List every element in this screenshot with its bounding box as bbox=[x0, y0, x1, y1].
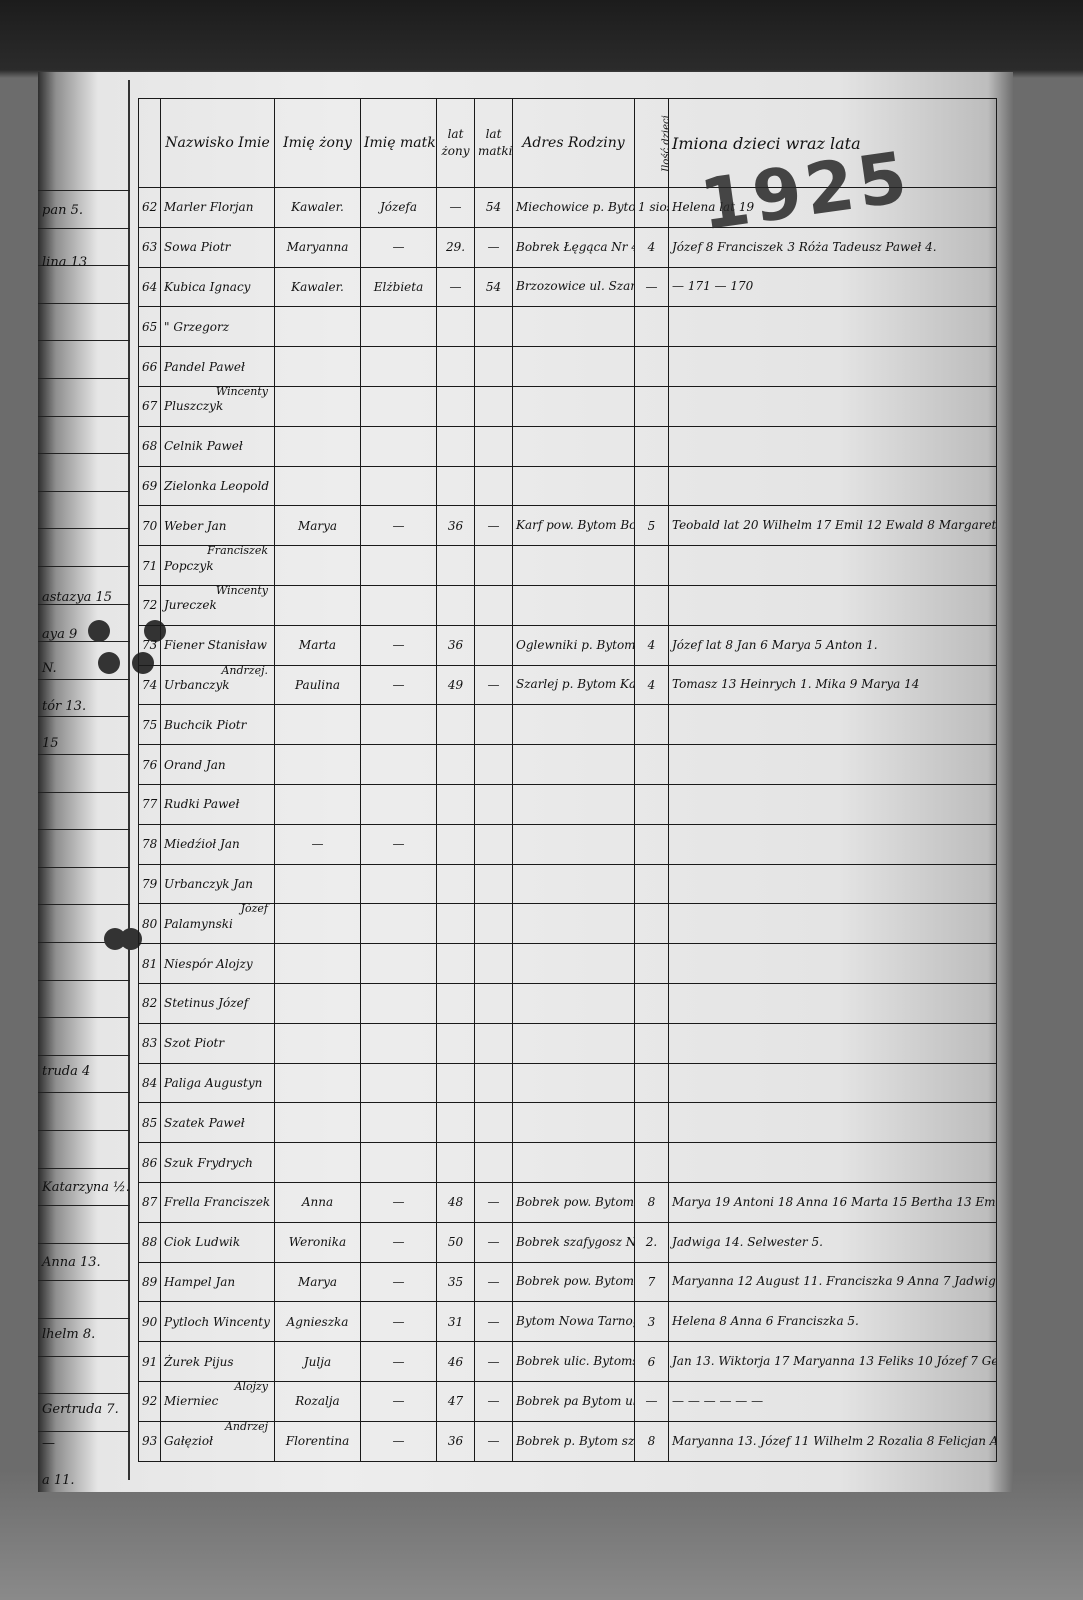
mother-name bbox=[361, 864, 437, 904]
given-name: Alojzy bbox=[216, 957, 253, 971]
mother-age bbox=[475, 546, 513, 586]
ruled-line bbox=[38, 1243, 130, 1244]
children-names bbox=[669, 1063, 997, 1103]
ruled-line bbox=[38, 303, 130, 304]
row-number: 67 bbox=[139, 386, 161, 426]
surname: Gałęzioł bbox=[164, 1434, 213, 1448]
person-name: Celnik Paweł bbox=[161, 426, 275, 466]
mother-age: — bbox=[475, 1381, 513, 1421]
table-row: 74Andrzej.Urbanczyk Paulina—49—Szarlej p… bbox=[139, 665, 997, 705]
surname: Frella bbox=[164, 1195, 200, 1209]
wife-name: Rozalja bbox=[275, 1381, 361, 1421]
children-names bbox=[669, 864, 997, 904]
given-name: Piotr bbox=[217, 718, 247, 732]
person-name: Kubica Ignacy bbox=[161, 267, 275, 307]
table-row: 66Pandel Paweł bbox=[139, 347, 997, 387]
mother-age bbox=[475, 1023, 513, 1063]
wife-name: Anna bbox=[275, 1182, 361, 1222]
ruled-line bbox=[38, 1017, 130, 1018]
row-number: 76 bbox=[139, 745, 161, 785]
wife-age bbox=[437, 426, 475, 466]
wife-age bbox=[437, 784, 475, 824]
mother-age bbox=[475, 585, 513, 625]
table-row: 92AlojzyMierniec Rozalja—47—Bobrek pa By… bbox=[139, 1381, 997, 1421]
children-count: — bbox=[635, 1381, 669, 1421]
header-mother-age: lat matki bbox=[475, 99, 513, 188]
wife-age bbox=[437, 1023, 475, 1063]
children-count bbox=[635, 944, 669, 984]
given-name: Paweł bbox=[207, 439, 243, 453]
header-wife-age: lat żony bbox=[437, 99, 475, 188]
family-address bbox=[513, 386, 635, 426]
person-name: Pytloch Wincenty bbox=[161, 1302, 275, 1342]
margin-note: lina 13 bbox=[42, 255, 87, 270]
wife-age bbox=[437, 1103, 475, 1143]
children-names bbox=[669, 1143, 997, 1183]
header-wife: Imię żony bbox=[275, 99, 361, 188]
children-count bbox=[635, 745, 669, 785]
table-row: 93AndrzejGałęzioł Florentina—36—Bobrek p… bbox=[139, 1421, 997, 1461]
surname: Pytloch bbox=[164, 1315, 209, 1329]
given-name: Stanisław bbox=[208, 638, 267, 652]
children-count: 3 bbox=[635, 1302, 669, 1342]
surname: Sowa bbox=[164, 240, 197, 254]
mother-age: — bbox=[475, 1262, 513, 1302]
mother-age bbox=[475, 864, 513, 904]
ruled-line bbox=[38, 1393, 130, 1394]
person-name: AndrzejGałęzioł bbox=[161, 1421, 275, 1461]
mother-name: — bbox=[361, 625, 437, 665]
person-name: AlojzyMierniec bbox=[161, 1381, 275, 1421]
person-name: Weber Jan bbox=[161, 506, 275, 546]
wife-age bbox=[437, 347, 475, 387]
margin-note: lhelm 8. bbox=[42, 1327, 95, 1342]
children-count bbox=[635, 426, 669, 466]
wife-age bbox=[437, 904, 475, 944]
mother-age bbox=[475, 466, 513, 506]
wife-name: Julja bbox=[275, 1342, 361, 1382]
person-name: Paliga Augustyn bbox=[161, 1063, 275, 1103]
wife-name bbox=[275, 1143, 361, 1183]
person-name: Stetinus Józef bbox=[161, 983, 275, 1023]
header-address: Adres Rodziny bbox=[513, 99, 635, 188]
wife-name: Marya bbox=[275, 1262, 361, 1302]
mother-age bbox=[475, 347, 513, 387]
person-name: Miedźioł Jan bbox=[161, 824, 275, 864]
mother-name: — bbox=[361, 1182, 437, 1222]
mother-age: — bbox=[475, 506, 513, 546]
given-name: Jan bbox=[207, 519, 227, 533]
given-name-above: Alojzy bbox=[234, 1381, 268, 1393]
children-names: — 171 — 170 bbox=[669, 267, 997, 307]
row-number: 65 bbox=[139, 307, 161, 347]
surname: Kubica bbox=[164, 280, 206, 294]
table-row: 81Niespór Alojzy bbox=[139, 944, 997, 984]
wife-age: 47 bbox=[437, 1381, 475, 1421]
children-names bbox=[669, 705, 997, 745]
given-name: Piotr bbox=[194, 1036, 224, 1050]
surname: Palamynski bbox=[164, 917, 233, 931]
children-count bbox=[635, 784, 669, 824]
surname: Popczyk bbox=[164, 559, 214, 573]
family-address: Szarlej p. Bytom Kamieńska Nr 51 bbox=[513, 665, 635, 705]
family-address bbox=[513, 466, 635, 506]
table-row: 72WincentyJureczek bbox=[139, 585, 997, 625]
ruled-line bbox=[38, 491, 130, 492]
census-register: Liczba porządku Nazwisko Imie Imię żony … bbox=[138, 98, 996, 1462]
ruled-line bbox=[38, 1055, 130, 1056]
row-number: 82 bbox=[139, 983, 161, 1023]
children-names bbox=[669, 546, 997, 586]
family-address bbox=[513, 585, 635, 625]
mother-name: — bbox=[361, 506, 437, 546]
mother-age bbox=[475, 1143, 513, 1183]
surname: Miedźioł bbox=[164, 837, 216, 851]
given-name: Jan bbox=[220, 837, 240, 851]
wife-age bbox=[437, 1143, 475, 1183]
family-address: Bobrek ulic. Bytomska 29. bbox=[513, 1342, 635, 1382]
surname: Urbanczyk bbox=[164, 877, 230, 891]
wife-age bbox=[437, 546, 475, 586]
children-names bbox=[669, 426, 997, 466]
wife-age: 29. bbox=[437, 227, 475, 267]
row-number: 91 bbox=[139, 1342, 161, 1382]
margin-note: a 11. bbox=[42, 1473, 75, 1488]
family-address bbox=[513, 944, 635, 984]
ruled-line bbox=[38, 679, 130, 680]
header-mother: Imię matki bbox=[361, 99, 437, 188]
wife-name: Marta bbox=[275, 625, 361, 665]
wife-name bbox=[275, 466, 361, 506]
family-address bbox=[513, 904, 635, 944]
children-names: Jadwiga 14. Selwester 5. bbox=[669, 1222, 997, 1262]
family-address: Bobrek pow. Bytom Bytomska Nr 24 bbox=[513, 1262, 635, 1302]
wife-name bbox=[275, 1063, 361, 1103]
children-count bbox=[635, 546, 669, 586]
wife-age bbox=[437, 864, 475, 904]
row-number: 85 bbox=[139, 1103, 161, 1143]
mother-name bbox=[361, 904, 437, 944]
mother-age: — bbox=[475, 1302, 513, 1342]
table-row: 77Rudki Paweł bbox=[139, 784, 997, 824]
surname: Zielonka bbox=[164, 479, 217, 493]
children-count bbox=[635, 705, 669, 745]
children-names: Marya 19 Antoni 18 Anna 16 Marta 15 Bert… bbox=[669, 1182, 997, 1222]
wife-name bbox=[275, 546, 361, 586]
margin-note: truda 4 bbox=[42, 1064, 90, 1079]
wife-age: — bbox=[437, 267, 475, 307]
margin-note: tór 13. bbox=[42, 699, 86, 714]
children-count bbox=[635, 466, 669, 506]
wife-name bbox=[275, 745, 361, 785]
table-row: 91Żurek PijusJulja—46—Bobrek ulic. Bytom… bbox=[139, 1342, 997, 1382]
given-name: Jan bbox=[215, 1275, 235, 1289]
row-number: 81 bbox=[139, 944, 161, 984]
wife-name bbox=[275, 1103, 361, 1143]
wife-age: 36 bbox=[437, 506, 475, 546]
surname: Szatek bbox=[164, 1116, 205, 1130]
given-name-above: Józef bbox=[241, 904, 268, 916]
mother-name bbox=[361, 983, 437, 1023]
table-row: 64Kubica IgnacyKawaler.Elżbieta—54Brzozo… bbox=[139, 267, 997, 307]
surname: Urbanczyk bbox=[164, 678, 230, 692]
wife-name bbox=[275, 1023, 361, 1063]
given-name: Jan bbox=[233, 877, 253, 891]
wife-age: 36 bbox=[437, 625, 475, 665]
family-address bbox=[513, 546, 635, 586]
row-number: 69 bbox=[139, 466, 161, 506]
row-number: 78 bbox=[139, 824, 161, 864]
given-name: Ludwik bbox=[195, 1235, 240, 1249]
given-name-above: Wincenty bbox=[216, 386, 268, 398]
ruled-line bbox=[38, 867, 130, 868]
children-count bbox=[635, 307, 669, 347]
given-name-above: Andrzej. bbox=[221, 665, 268, 677]
table-row: 73Fiener StanisławMarta—36Oglewniki p. B… bbox=[139, 625, 997, 665]
mother-name bbox=[361, 585, 437, 625]
children-count bbox=[635, 1143, 669, 1183]
children-names bbox=[669, 944, 997, 984]
mother-name: — bbox=[361, 227, 437, 267]
mother-age bbox=[475, 307, 513, 347]
margin-note: aya 9 bbox=[42, 627, 77, 642]
wife-name bbox=[275, 307, 361, 347]
mother-age bbox=[475, 745, 513, 785]
family-address bbox=[513, 824, 635, 864]
row-number: 75 bbox=[139, 705, 161, 745]
punch-hole bbox=[98, 652, 120, 674]
children-count: 7 bbox=[635, 1262, 669, 1302]
wife-age: 46 bbox=[437, 1342, 475, 1382]
table-row: 76Orand Jan bbox=[139, 745, 997, 785]
mother-age: — bbox=[475, 1182, 513, 1222]
children-names bbox=[669, 1023, 997, 1063]
person-name: Sowa Piotr bbox=[161, 227, 275, 267]
mother-age bbox=[475, 705, 513, 745]
children-count bbox=[635, 1023, 669, 1063]
family-address: Bobrek szafygosz Nr 5 bbox=[513, 1222, 635, 1262]
header-name: Nazwisko Imie bbox=[161, 99, 275, 188]
row-number: 93 bbox=[139, 1421, 161, 1461]
surname: Niespór bbox=[164, 957, 212, 971]
surname: Paliga bbox=[164, 1076, 201, 1090]
given-name: Augustyn bbox=[205, 1076, 262, 1090]
family-address bbox=[513, 745, 635, 785]
margin-note: N. bbox=[42, 661, 57, 676]
mother-name: Elżbieta bbox=[361, 267, 437, 307]
row-number: 71 bbox=[139, 546, 161, 586]
family-address: Oglewniki p. Bytom ul. Hohenzolerna 18 bbox=[513, 625, 635, 665]
ruled-line bbox=[38, 754, 130, 755]
given-name: Józef bbox=[218, 996, 248, 1010]
row-number: 88 bbox=[139, 1222, 161, 1262]
wife-age bbox=[437, 983, 475, 1023]
wife-age: 48 bbox=[437, 1182, 475, 1222]
wife-age bbox=[437, 307, 475, 347]
table-row: 75Buchcik Piotr bbox=[139, 705, 997, 745]
family-address bbox=[513, 347, 635, 387]
wife-age bbox=[437, 386, 475, 426]
mother-name bbox=[361, 466, 437, 506]
given-name: Frydrych bbox=[197, 1156, 253, 1170]
row-number: 73 bbox=[139, 625, 161, 665]
wife-name bbox=[275, 705, 361, 745]
margin-note: astazya 15 bbox=[42, 590, 112, 605]
ruled-line bbox=[38, 378, 130, 379]
wife-name: Maryanna bbox=[275, 227, 361, 267]
mother-name bbox=[361, 546, 437, 586]
ruled-line bbox=[38, 1205, 130, 1206]
mother-age: — bbox=[475, 1421, 513, 1461]
children-names bbox=[669, 466, 997, 506]
wife-name bbox=[275, 784, 361, 824]
wife-name bbox=[275, 386, 361, 426]
given-name: Grzegorz bbox=[173, 320, 229, 334]
wife-name bbox=[275, 904, 361, 944]
row-number: 68 bbox=[139, 426, 161, 466]
children-names bbox=[669, 745, 997, 785]
mother-age bbox=[475, 784, 513, 824]
wife-age bbox=[437, 944, 475, 984]
surname: Stetinus bbox=[164, 996, 214, 1010]
children-names bbox=[669, 347, 997, 387]
ruled-line bbox=[38, 416, 130, 417]
children-count bbox=[635, 1103, 669, 1143]
ruled-line bbox=[38, 829, 130, 830]
mother-name bbox=[361, 784, 437, 824]
mother-age: 54 bbox=[475, 188, 513, 228]
wife-age bbox=[437, 745, 475, 785]
children-names bbox=[669, 904, 997, 944]
previous-page-margin: pan 5.lina 13astazya 15aya 9N.tór 13.15t… bbox=[38, 90, 130, 1480]
wife-name: Florentina bbox=[275, 1421, 361, 1461]
mother-age bbox=[475, 625, 513, 665]
wife-age: — bbox=[437, 188, 475, 228]
surname: Orand bbox=[164, 758, 202, 772]
children-names: Maryanna 12 August 11. Franciszka 9 Anna… bbox=[669, 1262, 997, 1302]
surname: Buchcik bbox=[164, 718, 213, 732]
children-count bbox=[635, 904, 669, 944]
ruled-line bbox=[38, 1130, 130, 1131]
person-name: Ciok Ludwik bbox=[161, 1222, 275, 1262]
children-count: 4 bbox=[635, 665, 669, 705]
children-names: Helena 8 Anna 6 Franciszka 5. bbox=[669, 1302, 997, 1342]
person-name: Szuk Frydrych bbox=[161, 1143, 275, 1183]
family-address: Bytom Nowa Tarnogórska Nr 23 bbox=[513, 1302, 635, 1342]
wife-age bbox=[437, 585, 475, 625]
ruled-line bbox=[38, 1356, 130, 1357]
family-address: Bobrek p. Bytom szafygosz 5 bbox=[513, 1421, 635, 1461]
wife-age: 49 bbox=[437, 665, 475, 705]
family-address: Bobrek pa Bytom ulic. Łęgąca Nr 4 bbox=[513, 1381, 635, 1421]
row-number: 63 bbox=[139, 227, 161, 267]
family-address bbox=[513, 983, 635, 1023]
wife-name bbox=[275, 347, 361, 387]
surname: Żurek bbox=[164, 1355, 200, 1369]
mother-age: — bbox=[475, 665, 513, 705]
surname: Ciok bbox=[164, 1235, 192, 1249]
mother-name bbox=[361, 705, 437, 745]
person-name: JózefPalamynski bbox=[161, 904, 275, 944]
ruled-line bbox=[38, 528, 130, 529]
mother-name bbox=[361, 745, 437, 785]
given-name: Franciszek bbox=[204, 1195, 270, 1209]
children-count bbox=[635, 983, 669, 1023]
family-address bbox=[513, 1143, 635, 1183]
mother-name: — bbox=[361, 1381, 437, 1421]
row-number: 62 bbox=[139, 188, 161, 228]
row-number: 66 bbox=[139, 347, 161, 387]
table-row: 88Ciok LudwikWeronika—50—Bobrek szafygos… bbox=[139, 1222, 997, 1262]
margin-note: — bbox=[42, 1436, 55, 1451]
ruled-line bbox=[38, 1168, 130, 1169]
given-name: Wincenty bbox=[213, 1315, 270, 1329]
wife-name: Kawaler. bbox=[275, 188, 361, 228]
children-count: 8 bbox=[635, 1421, 669, 1461]
table-row: 83Szot Piotr bbox=[139, 1023, 997, 1063]
person-name: Marler Florjan bbox=[161, 188, 275, 228]
family-address bbox=[513, 784, 635, 824]
children-names bbox=[669, 983, 997, 1023]
table-row: 82Stetinus Józef bbox=[139, 983, 997, 1023]
family-address bbox=[513, 1103, 635, 1143]
ruled-line bbox=[38, 980, 130, 981]
wife-name: Kawaler. bbox=[275, 267, 361, 307]
register-table: Liczba porządku Nazwisko Imie Imię żony … bbox=[138, 98, 997, 1462]
children-names: Teobald lat 20 Wilhelm 17 Emil 12 Ewald … bbox=[669, 506, 997, 546]
surname: Marler bbox=[164, 200, 206, 214]
wife-name: — bbox=[275, 824, 361, 864]
person-name: Urbanczyk Jan bbox=[161, 864, 275, 904]
person-name: Żurek Pijus bbox=[161, 1342, 275, 1382]
mother-age bbox=[475, 824, 513, 864]
given-name: Paweł bbox=[209, 1116, 245, 1130]
children-names bbox=[669, 386, 997, 426]
surname: Jureczek bbox=[164, 598, 217, 612]
children-names: Jan 13. Wiktorja 17 Maryanna 13 Feliks 1… bbox=[669, 1342, 997, 1382]
mother-age: — bbox=[475, 1342, 513, 1382]
children-names bbox=[669, 585, 997, 625]
surname: Weber bbox=[164, 519, 203, 533]
family-address: Brzozowice ul. Szarlejska 123 bbox=[513, 267, 635, 307]
children-count bbox=[635, 1063, 669, 1103]
mother-name bbox=[361, 307, 437, 347]
wife-age bbox=[437, 1063, 475, 1103]
mother-name bbox=[361, 386, 437, 426]
children-count: 1 siostra bbox=[635, 188, 669, 228]
surname: Szuk bbox=[164, 1156, 194, 1170]
person-name: WincentyPluszczyk bbox=[161, 386, 275, 426]
ruled-line bbox=[38, 1092, 130, 1093]
row-number: 87 bbox=[139, 1182, 161, 1222]
wife-age bbox=[437, 705, 475, 745]
children-count bbox=[635, 585, 669, 625]
children-count: 6 bbox=[635, 1342, 669, 1382]
mother-name bbox=[361, 1023, 437, 1063]
given-name: Paweł bbox=[203, 797, 239, 811]
given-name: Jan bbox=[206, 758, 226, 772]
person-name: FranciszekPopczyk bbox=[161, 546, 275, 586]
mother-name: — bbox=[361, 665, 437, 705]
mother-age bbox=[475, 386, 513, 426]
row-number: 80 bbox=[139, 904, 161, 944]
table-row: 80JózefPalamynski bbox=[139, 904, 997, 944]
person-name: Rudki Paweł bbox=[161, 784, 275, 824]
given-name: Florjan bbox=[210, 200, 254, 214]
mother-age bbox=[475, 904, 513, 944]
table-row: 78Miedźioł Jan—— bbox=[139, 824, 997, 864]
row-number: 74 bbox=[139, 665, 161, 705]
